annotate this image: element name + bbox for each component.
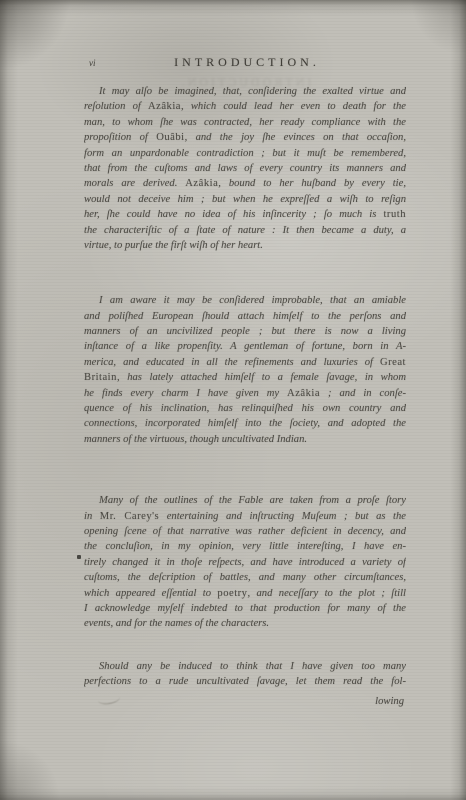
book-page-scan: vi INTRODUCTION. INTRODUCTION. It may al…	[0, 0, 466, 800]
scan-vignette	[0, 0, 466, 800]
